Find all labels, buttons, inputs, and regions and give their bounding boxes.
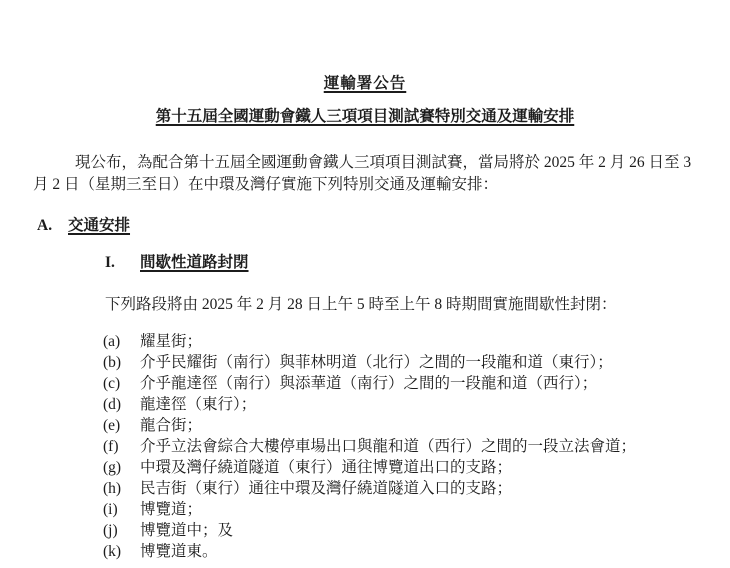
list-item-text: 博覽道；	[140, 499, 202, 520]
section-a-label: A.	[37, 215, 68, 237]
list-item-text: 耀星街；	[140, 331, 202, 352]
list-item-text: 中環及灣仔繞道隧道（東行）通往博覽道出口的支路；	[140, 457, 512, 478]
list-item: (h) 民吉街（東行）通往中環及灣仔繞道隧道入口的支路；	[103, 478, 730, 499]
list-item: (k) 博覽道東。	[103, 541, 730, 562]
list-item: (i) 博覽道；	[103, 499, 730, 520]
list-item-text: 博覽道中；及	[140, 520, 233, 541]
list-item-text: 民吉街（東行）通往中環及灣仔繞道隧道入口的支路；	[140, 478, 512, 499]
list-item: (a) 耀星街；	[103, 331, 730, 352]
list-item: (e) 龍合街；	[103, 415, 730, 436]
list-item-text: 介乎立法會綜合大樓停車場出口與龍和道（西行）之間的一段立法會道；	[140, 436, 636, 457]
section-i-title: 間歇性道路封閉	[140, 252, 249, 274]
list-item-label: (h)	[103, 478, 140, 499]
list-item-label: (f)	[103, 436, 140, 457]
section-i-label: I.	[105, 252, 140, 274]
intro-line-2: 月 2 日（星期三至日）在中環及灣仔實施下列特別交通及運輸安排：	[33, 174, 702, 196]
list-item-label: (e)	[103, 415, 140, 436]
document-title: 運輸署公告	[0, 73, 730, 95]
list-item-label: (j)	[103, 520, 140, 541]
list-item: (b) 介乎民耀街（南行）與菲林明道（北行）之間的一段龍和道（東行）；	[103, 352, 730, 373]
intro-paragraph: 現公布，為配合第十五屆全國運動會鐵人三項項目測試賽，當局將於 2025 年 2 …	[33, 152, 702, 196]
document-title-text: 運輸署公告	[324, 75, 407, 92]
list-item-text: 龍達徑（東行）；	[140, 394, 256, 415]
list-item: (g) 中環及灣仔繞道隧道（東行）通往博覽道出口的支路；	[103, 457, 730, 478]
list-item-label: (b)	[103, 352, 140, 373]
notice-document-page: 運輸署公告 第十五屆全國運動會鐵人三項項目測試賽特別交通及運輸安排 現公布，為配…	[0, 0, 730, 568]
list-item-label: (k)	[103, 541, 140, 562]
road-closure-list: (a) 耀星街； (b) 介乎民耀街（南行）與菲林明道（北行）之間的一段龍和道（…	[103, 331, 730, 562]
list-item-label: (d)	[103, 394, 140, 415]
list-item: (c) 介乎龍達徑（南行）與添華道（南行）之間的一段龍和道（西行）；	[103, 373, 730, 394]
section-i-heading: I. 間歇性道路封閉	[105, 252, 730, 274]
list-item-text: 龍合街；	[140, 415, 202, 436]
document-subtitle: 第十五屆全國運動會鐵人三項項目測試賽特別交通及運輸安排	[0, 106, 730, 128]
list-item-label: (a)	[103, 331, 140, 352]
list-item-label: (i)	[103, 499, 140, 520]
list-item-text: 博覽道東。	[140, 541, 218, 562]
closure-intro-paragraph: 下列路段將由 2025 年 2 月 28 日上午 5 時至上午 8 時期間實施間…	[105, 294, 730, 316]
list-item-label: (g)	[103, 457, 140, 478]
list-item-label: (c)	[103, 373, 140, 394]
list-item: (f) 介乎立法會綜合大樓停車場出口與龍和道（西行）之間的一段立法會道；	[103, 436, 730, 457]
intro-line-1: 現公布，為配合第十五屆全國運動會鐵人三項項目測試賽，當局將於 2025 年 2 …	[33, 152, 702, 174]
list-item-text: 介乎民耀街（南行）與菲林明道（北行）之間的一段龍和道（東行）；	[140, 352, 613, 373]
list-item: (j) 博覽道中；及	[103, 520, 730, 541]
section-a-heading: A. 交通安排	[37, 215, 730, 237]
section-a-title: 交通安排	[68, 215, 130, 237]
list-item-text: 介乎龍達徑（南行）與添華道（南行）之間的一段龍和道（西行）；	[140, 373, 597, 394]
list-item: (d) 龍達徑（東行）；	[103, 394, 730, 415]
document-subtitle-text: 第十五屆全國運動會鐵人三項項目測試賽特別交通及運輸安排	[156, 108, 575, 125]
